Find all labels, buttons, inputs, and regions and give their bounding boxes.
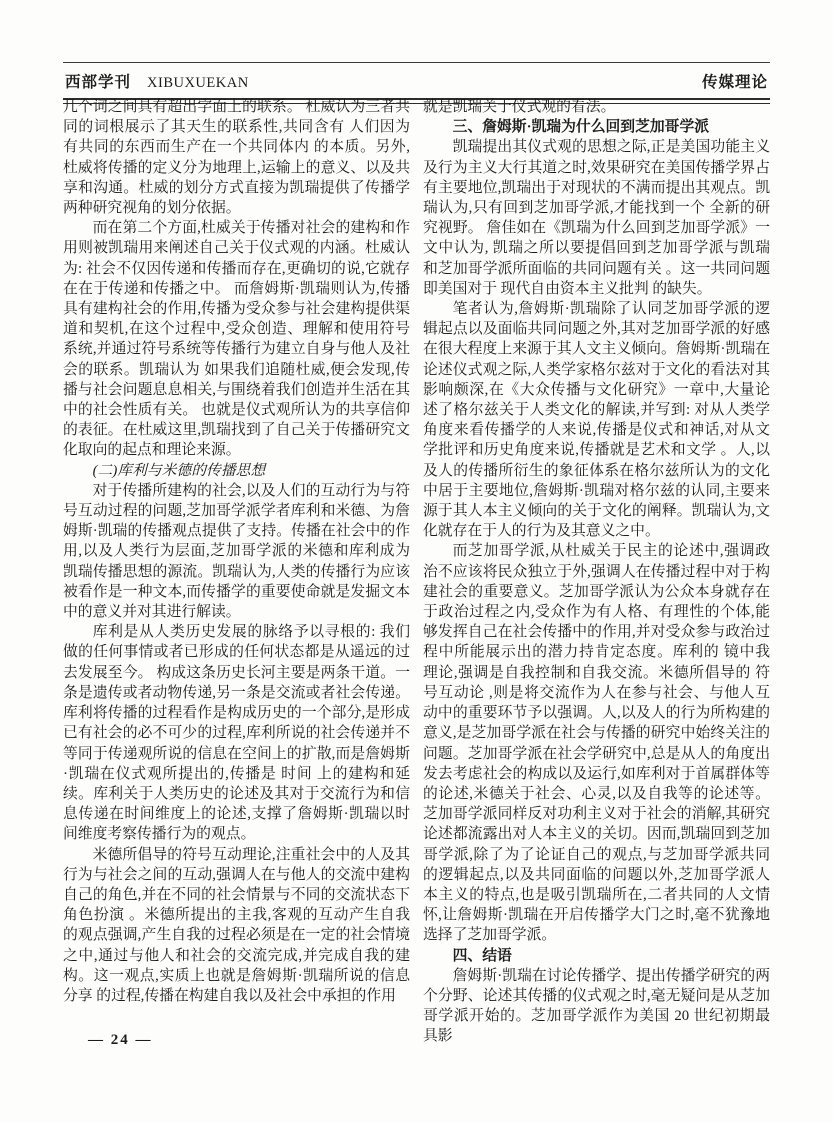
subsection-heading: (二)库利与米德的传播思想 [63, 461, 410, 481]
section-label: 传媒理论 [702, 70, 768, 92]
paragraph: 而在第二个方面,杜威关于传播对社会的建构和作用则被凯瑞用来阐述自己关于仪式观的内… [63, 218, 410, 460]
page-number: — 24 — [88, 1032, 153, 1049]
paragraph: 米德所倡导的符号互动理论,注重社会中的人及其行为与社会之间的互动,强调人在与他人… [63, 845, 410, 1007]
section-heading-3: 三、詹姆斯·凯瑞为什么回到芝加哥学派 [423, 117, 770, 137]
section-heading-4: 四、结语 [423, 946, 770, 966]
paragraph: 几个词之间具有超出字面上的联系。 杜威认为三者共同的词根展示了其天生的联系性,共… [63, 97, 410, 218]
paragraph: 对于传播所建构的社会,以及人们的互动行为与符号互动过程的问题,芝加哥学派学者库利… [63, 481, 410, 622]
paragraph: 而芝加哥学派,从杜威关于民主的论述中,强调政治不应该将民众独立于外,强调人在传播… [423, 541, 770, 945]
journal-page: 西部学刊 XIBUXUEKAN 传媒理论 几个词之间具有超出字面上的联系。 杜威… [0, 0, 833, 1123]
article-body: 几个词之间具有超出字面上的联系。 杜威认为三者共同的词根展示了其天生的联系性,共… [63, 97, 770, 1047]
journal-name-cn: 西部学刊 [65, 70, 131, 92]
journal-name-en: XIBUXUEKAN [147, 75, 249, 92]
paragraph: 笔者认为,詹姆斯·凯瑞除了认同芝加哥学派的逻辑起点以及面临共同问题之外,其对芝加… [423, 299, 770, 541]
paragraph: 库利是从人类历史发展的脉络予以寻根的: 我们做的任何事情或者已形成的任何状态都是… [63, 622, 410, 844]
left-column: 几个词之间具有超出字面上的联系。 杜威认为三者共同的词根展示了其天生的联系性,共… [63, 97, 410, 1047]
paragraph: 詹姆斯·凯瑞在讨论传播学、提出传播学研究的两个分野、论述其传播的仪式观之时,毫无… [423, 966, 770, 1047]
paragraph: 就是凯瑞关于仪式观的看法。 [423, 97, 770, 117]
journal-title-group: 西部学刊 XIBUXUEKAN [65, 70, 249, 92]
right-column: 就是凯瑞关于仪式观的看法。 三、詹姆斯·凯瑞为什么回到芝加哥学派 凯瑞提出其仪式… [423, 97, 770, 1047]
header-row: 西部学刊 XIBUXUEKAN 传媒理论 [63, 63, 770, 98]
paragraph: 凯瑞提出其仪式观的思想之际,正是美国功能主义及行为主义大行其道之时,效果研究在美… [423, 137, 770, 299]
